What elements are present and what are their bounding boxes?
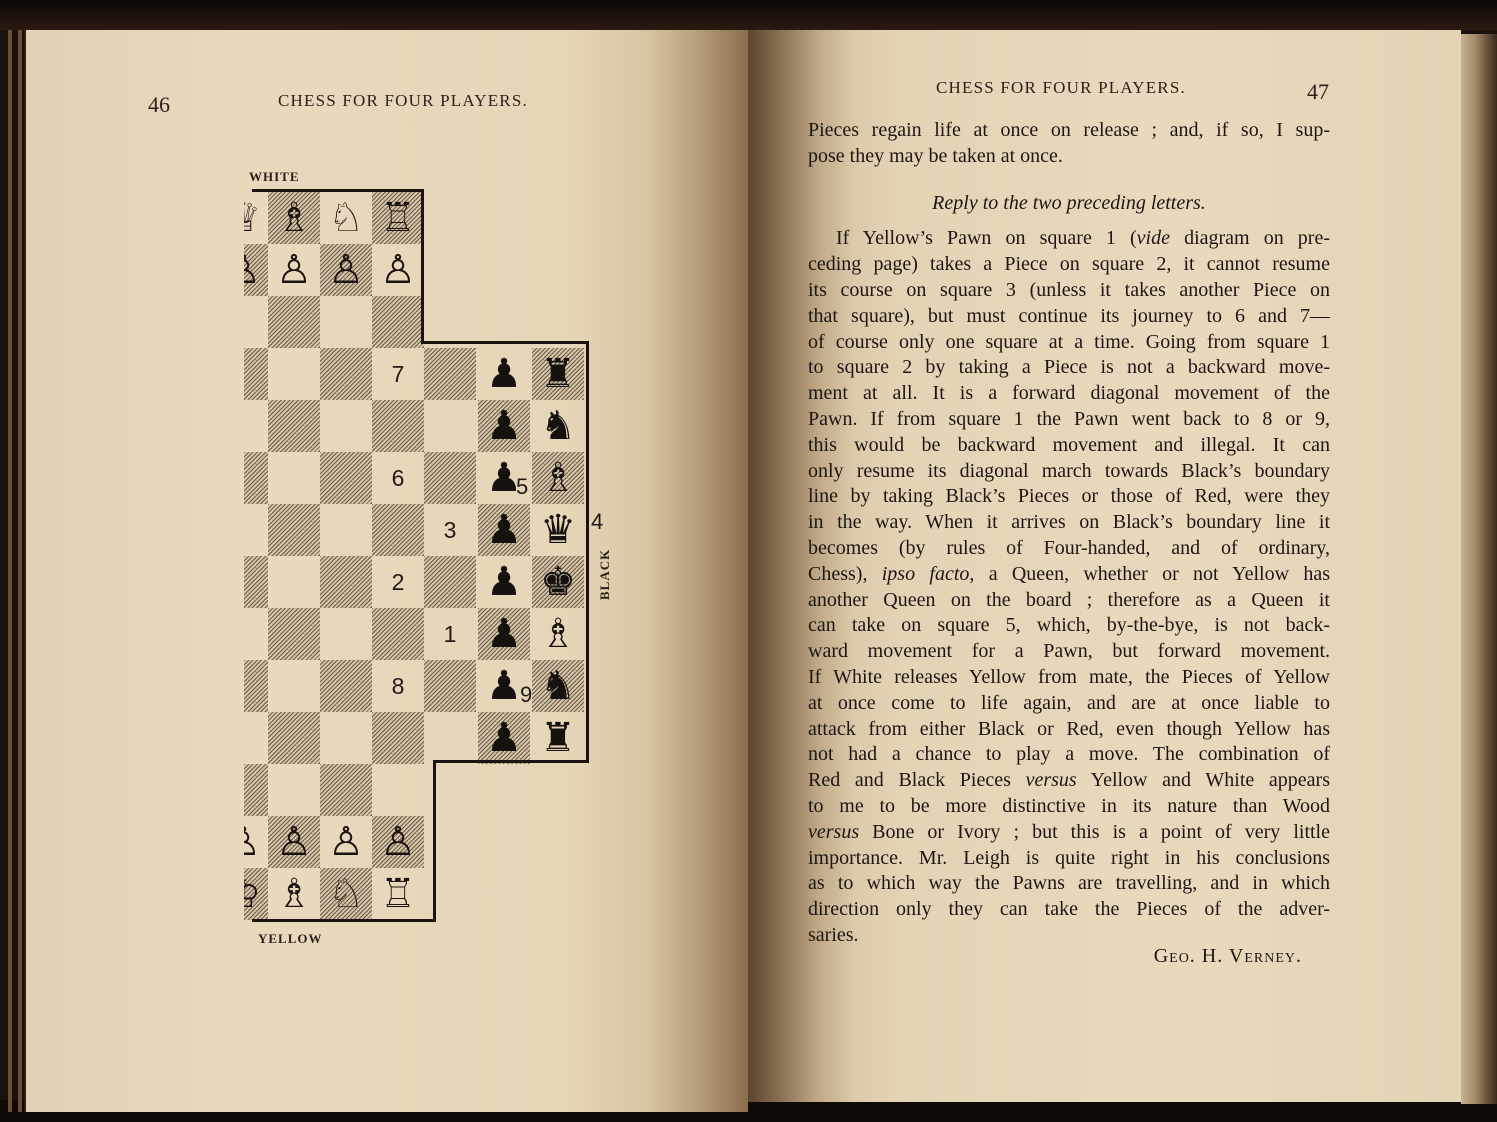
board-square [320,608,372,660]
board-square [320,660,372,712]
black-rook-icon: ♜ [540,354,576,394]
black-pawn-icon: ♟ [486,354,522,394]
white-knight-icon: ♘ [328,198,364,238]
text-line: in the way. When it arrives on Black’s b… [808,510,1330,536]
board-square: ♗ [532,608,584,660]
board-square: ♙ [268,244,320,296]
board-square [320,400,372,452]
yellow-pawn-icon: ♙ [380,822,416,862]
board-square: ♙ [320,244,372,296]
white-bishop-icon: ♗ [276,198,312,238]
board-square [268,556,320,608]
board-square [320,504,372,556]
black-pawn-icon: ♟ [486,510,522,550]
text-line: this would be backward movement and ille… [808,433,1330,459]
text-line: can take on square 5, which, by-the-bye,… [808,613,1330,639]
black-queen-icon: ♛ [540,510,576,550]
board-square [244,712,268,764]
square-number: 6 [392,465,405,492]
yellow-pawn-icon: ♙ [328,822,364,862]
board-square: ♜ [532,712,584,764]
board-square [372,296,424,348]
text-line: its course on square 3 (unless it takes … [808,278,1330,304]
board-square: ♙ [244,244,268,296]
text-line: If White releases Yellow from mate, the … [808,665,1330,691]
board-square: 8 [372,660,424,712]
board-square [244,504,268,556]
board-square [424,712,476,764]
text-line: another Queen on the board ; therefore a… [808,588,1330,614]
board-square: ♟ [478,556,530,608]
board-square [268,296,320,348]
board-square [424,348,476,400]
letter-text: Pieces regain life at once on release ; … [808,118,1330,969]
board-square: 1 [424,608,476,660]
square-number: 2 [392,569,405,596]
board-square [268,660,320,712]
text-line: ceding page) takes a Piece on square 2, … [808,252,1330,278]
board-square [268,504,320,556]
board-square: ♕ [244,192,268,244]
text-line: as to which way the Pawns are travelling… [808,871,1330,897]
board-square: ♞ [532,400,584,452]
page-leaves-right [1461,34,1497,1104]
board-square: ♜ [532,348,584,400]
board-square [244,556,268,608]
page-edge [18,30,22,1112]
black-pawn-icon: ♟ [486,614,522,654]
board-border-top [252,189,424,192]
diagram-label-black: BLACK [597,549,613,600]
board-square: ♖ [372,868,424,920]
board-square [320,712,372,764]
text-line: pose they may be taken at once. [808,144,1330,170]
board-square: ♗ [268,868,320,920]
board-square: 2 [372,556,424,608]
board-square: ♞ [532,660,584,712]
white-pawn-icon: ♙ [244,250,261,290]
section-heading: Reply to the two preceding letters. [808,191,1330,217]
board-border-right [586,341,589,763]
page-edge [8,30,12,1112]
board-square: ♖ [372,192,424,244]
running-head-left: CHESS FOR FOUR PLAYERS. [278,91,528,111]
board-square: ♙ [244,816,268,868]
board-square [268,400,320,452]
square-number-4: 4 [591,509,603,535]
board-border [421,189,424,344]
signature: Geo. H. Verney. [808,943,1330,969]
board-square [268,764,320,816]
board-border [421,341,589,344]
text-line: Pieces regain life at once on release ; … [808,118,1330,144]
black-pawn-icon: ♟ [486,406,522,446]
board-square [244,764,268,816]
page-number-left: 46 [148,92,170,118]
yellow-rook-icon: ♖ [380,874,416,914]
black-pawn-icon: ♟ [486,666,522,706]
board-square [268,608,320,660]
board-square: ♘ [320,868,372,920]
board-square [244,348,268,400]
black-bishop-icon: ♗ [540,614,576,654]
text-line: If Yellow’s Pawn on square 1 (vide diagr… [808,226,1330,252]
board-square [424,400,476,452]
diagram-label-white: WHITE [249,169,300,185]
board-square: ♟ [478,348,530,400]
white-pawn-icon: ♙ [328,250,364,290]
black-pawn-icon: ♟ [486,562,522,602]
text-line: to square 2 by taking a Piece is not a b… [808,355,1330,381]
board-square: ♙ [372,816,424,868]
board-square [244,296,268,348]
yellow-pawn-icon: ♙ [276,822,312,862]
board-square [372,504,424,556]
diagram-label-yellow: YELLOW [258,931,323,947]
board-square [424,660,476,712]
text-line: versus Bone or Ivory ; but this is a poi… [808,820,1330,846]
board-square: 3 [424,504,476,556]
black-bishop-icon: ♗ [540,458,576,498]
board-border [433,760,589,763]
text-line: line by taking Black’s Pieces or those o… [808,484,1330,510]
text-line: at once come to life again, and are at o… [808,691,1330,717]
page-number-right: 47 [1307,79,1329,105]
board-square [268,348,320,400]
board-square: ♛ [532,504,584,556]
board-square [424,452,476,504]
text-line: Red and Black Pieces versus Yellow and W… [808,768,1330,794]
square-number: 7 [392,361,405,388]
board-square [244,452,268,504]
yellow-pawn-icon: ♙ [244,822,261,862]
board-square [320,452,372,504]
white-queen-icon: ♕ [244,198,261,238]
text-line: direction only they can take the Pieces … [808,897,1330,923]
board-square [372,712,424,764]
text-line: of course only one square at a time. Goi… [808,330,1330,356]
book-cover-top [0,0,1497,30]
board-square [320,764,372,816]
text-line: becomes (by rules of Four-handed, and of… [808,536,1330,562]
board-square: ♟ [478,504,530,556]
black-pawn-icon: ♟ [486,718,522,758]
text-line: ment at all. It is a forward diagonal mo… [808,381,1330,407]
board-square: ♙ [320,816,372,868]
board-square: ♘ [320,192,372,244]
text-line: that square), but must continue its jour… [808,304,1330,330]
board-square: ♙ [372,244,424,296]
board-square: ♟ [478,608,530,660]
board-border-bottom [252,919,436,922]
text-line: attack from either Black or Red, even th… [808,717,1330,743]
square-number-5: 5 [516,474,528,500]
square-number: 1 [444,621,457,648]
black-king-icon: ♚ [540,562,576,602]
board-square [424,556,476,608]
board-square: ♗ [268,192,320,244]
black-knight-icon: ♞ [540,406,576,446]
board-square: ♙ [268,816,320,868]
board-square: 6 [372,452,424,504]
board-square [372,764,424,816]
running-head-right: CHESS FOR FOUR PLAYERS. [936,78,1186,98]
square-number: 3 [444,517,457,544]
black-rook-icon: ♜ [540,718,576,758]
text-line: to me to be more distinctive in its natu… [808,794,1330,820]
black-knight-icon: ♞ [540,666,576,706]
white-pawn-icon: ♙ [276,250,312,290]
yellow-king-icon: ♔ [244,874,261,914]
yellow-bishop-icon: ♗ [276,874,312,914]
board-square: ♟ [478,712,530,764]
board-square [320,556,372,608]
text-line: ward movement for a Pawn, but forward mo… [808,639,1330,665]
board-square [320,348,372,400]
board-square: ♟ [478,400,530,452]
board-square [244,400,268,452]
text-line: Pawn. If from square 1 the Pawn went bac… [808,407,1330,433]
board-square [268,712,320,764]
board-square [268,452,320,504]
text-line: not had a chance to play a move. The com… [808,742,1330,768]
reply-paragraph: If Yellow’s Pawn on square 1 (vide diagr… [808,226,1330,948]
text-line: only resume its diagonal march towards B… [808,459,1330,485]
yellow-knight-icon: ♘ [328,874,364,914]
square-number: 8 [392,673,405,700]
board-square [372,400,424,452]
board-square [244,660,268,712]
board-square [320,296,372,348]
square-number-9: 9 [520,682,532,708]
board-square [244,608,268,660]
text-line: importance. Mr. Leigh is quite right in … [808,846,1330,872]
white-pawn-icon: ♙ [380,250,416,290]
board-border [433,760,436,922]
board-square [372,608,424,660]
board-square: ♔ [244,868,268,920]
white-rook-icon: ♖ [380,198,416,238]
board-square: ♚ [532,556,584,608]
board-square: 7 [372,348,424,400]
text-line: Chess), ipso facto, a Queen, whether or … [808,562,1330,588]
board-square: ♗ [532,452,584,504]
